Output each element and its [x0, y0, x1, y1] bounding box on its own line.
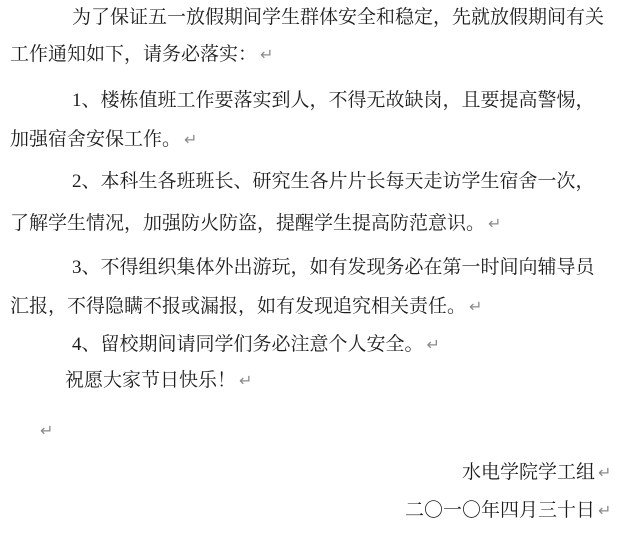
paragraph-return-mark: ↵: [40, 421, 53, 440]
body-text-line: 3、不得组织集体外出游玩，如有发现务必在第一时间向辅导员: [72, 256, 595, 280]
body-text-line: 加强宿舍安保工作。↵: [10, 128, 197, 152]
paragraph-return-mark: ↵: [485, 214, 501, 233]
body-text-line: 祝愿大家节日快乐！↵: [65, 369, 252, 393]
paragraph-return-mark: ↵: [466, 297, 482, 316]
paragraph-return-mark: ↵: [257, 45, 273, 64]
body-text-line: 汇报，不得隐瞒不报或漏报，如有发现追究相关责任。↵: [10, 295, 482, 319]
body-text-line: 了解学生情况，加强防火防盗，提醒学生提高防范意识。↵: [10, 212, 501, 236]
paragraph-return-mark: ↵: [236, 371, 252, 390]
signature-date: 二〇一〇年四月三十日↵: [405, 499, 611, 523]
paragraph-return-mark: ↵: [595, 501, 611, 520]
paragraph-return-mark: ↵: [181, 130, 197, 149]
body-text-line: 4、留校期间请同学们务必注意个人安全。↵: [72, 333, 440, 357]
document-page: 为了保证五一放假期间学生群体安全和稳定，先就放假期间有关 工作通知如下，请务必落…: [0, 0, 643, 537]
paragraph-return-mark: ↵: [595, 463, 611, 482]
body-text-line: 1、楼栋值班工作要落实到人，不得无故缺岗，且要提高警惕，: [72, 89, 595, 113]
signature-organization: 水电学院学工组↵: [462, 461, 611, 485]
body-text-line: 2、本科生各班班长、研究生各片片长每天走访学生宿舍一次，: [72, 170, 595, 194]
body-text-line: 为了保证五一放假期间学生群体安全和稳定，先就放假期间有关: [72, 6, 604, 30]
paragraph-return-mark: ↵: [424, 335, 440, 354]
body-text-line: 工作通知如下，请务必落实：↵: [10, 43, 273, 67]
